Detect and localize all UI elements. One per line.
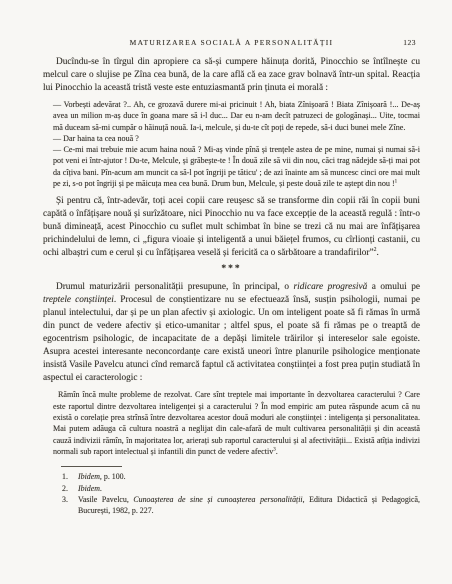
running-head-title: MATURIZAREA SOCIALĂ A PERSONALITĂȚII: [130, 38, 334, 47]
footnote-text: Ibidem, p. 100.: [78, 472, 126, 481]
footnote-item: 3. Vasile Pavelcu, Cunoașterea de sine ș…: [62, 494, 420, 517]
quote-pavelcu: Rămîn încă multe probleme de rezolvat. C…: [53, 389, 420, 457]
footnote-text: Ibidem.: [78, 484, 102, 493]
paragraph-transformation: Și pentru că, într-adevăr, toți acei cop…: [43, 195, 420, 260]
page-number: 123: [403, 38, 416, 47]
dialogue-line: — Vorbești adevărat ?.. Ah, ce grozavă d…: [53, 99, 420, 133]
paragraph-maturization: Drumul maturizării personalității presup…: [43, 281, 420, 385]
quote-pinocchio: — Vorbești adevărat ?.. Ah, ce grozavă d…: [53, 99, 420, 189]
footnote-item: 1. Ibidem, p. 100.: [62, 471, 420, 482]
footnotes: 1. Ibidem, p. 100. 2. Ibidem. 3. Vasile …: [62, 471, 420, 517]
footnote-item: 2. Ibidem.: [62, 483, 420, 494]
footnote-number: 3.: [62, 494, 68, 505]
dialogue-line: — Ce-mi mai trebuie mie acum haina nouă …: [53, 144, 420, 189]
footnote-rule: [61, 466, 122, 467]
dialogue-line: — Dar haina ta cea nouă ?: [53, 133, 420, 144]
quote-text: Rămîn încă multe probleme de rezolvat. C…: [53, 389, 420, 457]
page-header: MATURIZAREA SOCIALĂ A PERSONALITĂȚII 123: [43, 38, 420, 47]
footnote-text: Vasile Pavelcu, Cunoașterea de sine și c…: [78, 495, 420, 515]
footnote-number: 1.: [62, 471, 68, 482]
book-page: MATURIZAREA SOCIALĂ A PERSONALITĂȚII 123…: [0, 0, 452, 584]
section-separator: ***: [43, 264, 420, 274]
footnote-number: 2.: [62, 483, 68, 494]
paragraph-intro: Ducîndu-se în tîrgul din apropiere ca să…: [43, 56, 420, 95]
